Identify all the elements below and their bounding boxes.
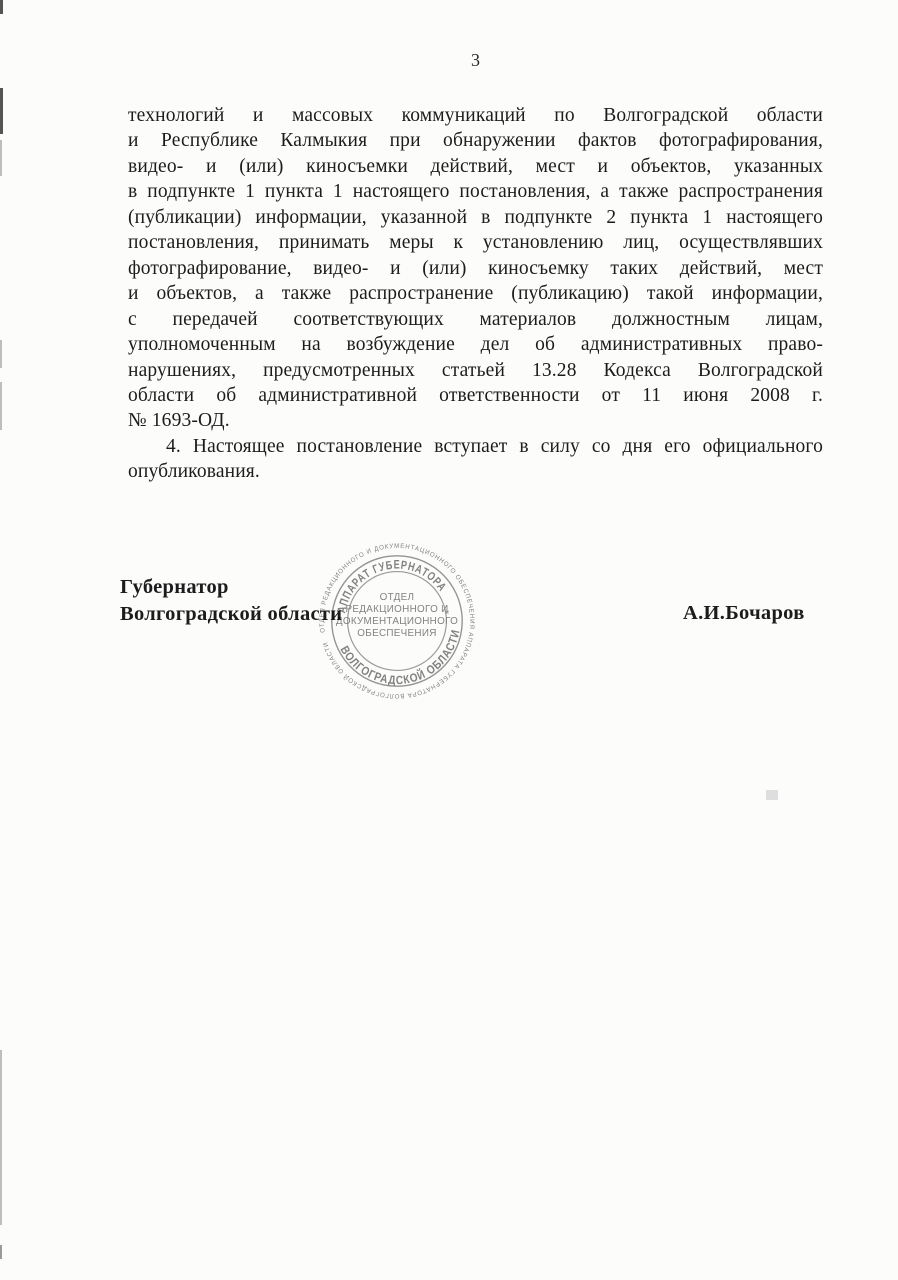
official-stamp: ОТДЕЛ РЕДАКЦИОННОГО И ДОКУМЕНТАЦИОННОГО …	[313, 537, 481, 705]
text-line: (публикации) информации, указанной в под…	[128, 205, 823, 230]
text-line: 4. Настоящее постановление вступает в си…	[128, 434, 823, 459]
scan-artifact	[0, 0, 3, 14]
scan-artifact	[0, 1245, 2, 1259]
text-line: и Республике Калмыкия при обнаружении фа…	[128, 128, 823, 153]
svg-text:ОБЕСПЕЧЕНИЯ: ОБЕСПЕЧЕНИЯ	[357, 628, 436, 639]
text-line: уполномоченным на возбуждение дел об адм…	[128, 332, 823, 357]
text-line: фотографирование, видео- и (или) киносъе…	[128, 256, 823, 281]
text-line: с передачей соответствующих материалов д…	[128, 307, 823, 332]
text-line: в подпункте 1 пункта 1 настоящего постан…	[128, 179, 823, 204]
text-line: и объектов, а также распространение (пуб…	[128, 281, 823, 306]
page-number: 3	[128, 50, 823, 71]
stamp-center-text: ОТДЕЛ РЕДАКЦИОННОГО И ДОКУМЕНТАЦИОННОГО …	[336, 592, 458, 639]
svg-text:ОТДЕЛ: ОТДЕЛ	[380, 592, 415, 603]
signature-title: Губернатор Волгоградской области	[120, 574, 342, 627]
scan-smudge	[766, 790, 778, 800]
text-line: опубликования.	[128, 459, 823, 484]
scan-artifact	[0, 382, 2, 430]
scan-artifact	[0, 340, 2, 368]
signature-title-line1: Губернатор	[120, 574, 342, 601]
svg-text:ДОКУМЕНТАЦИОННОГО: ДОКУМЕНТАЦИОННОГО	[336, 616, 458, 627]
body-text: технологий и массовых коммуникаций по Во…	[128, 103, 823, 485]
text-line: технологий и массовых коммуникаций по Во…	[128, 103, 823, 128]
signature-title-line2: Волгоградской области	[120, 601, 342, 628]
svg-text:РЕДАКЦИОННОГО И: РЕДАКЦИОННОГО И	[346, 604, 449, 615]
scan-artifact	[0, 140, 2, 176]
text-line: постановления, принимать меры к установл…	[128, 230, 823, 255]
document-page: 3 технологий и массовых коммуникаций по …	[0, 0, 898, 1280]
text-line: нарушениях, предусмотренных статьей 13.2…	[128, 358, 823, 383]
text-line: № 1693-ОД.	[128, 408, 823, 433]
signature-name: А.И.Бочаров	[683, 602, 805, 625]
scan-artifact	[0, 88, 3, 134]
text-line: области об административной ответственно…	[128, 383, 823, 408]
text-line: видео- и (или) киносъемки действий, мест…	[128, 154, 823, 179]
scan-artifact	[0, 1050, 2, 1225]
